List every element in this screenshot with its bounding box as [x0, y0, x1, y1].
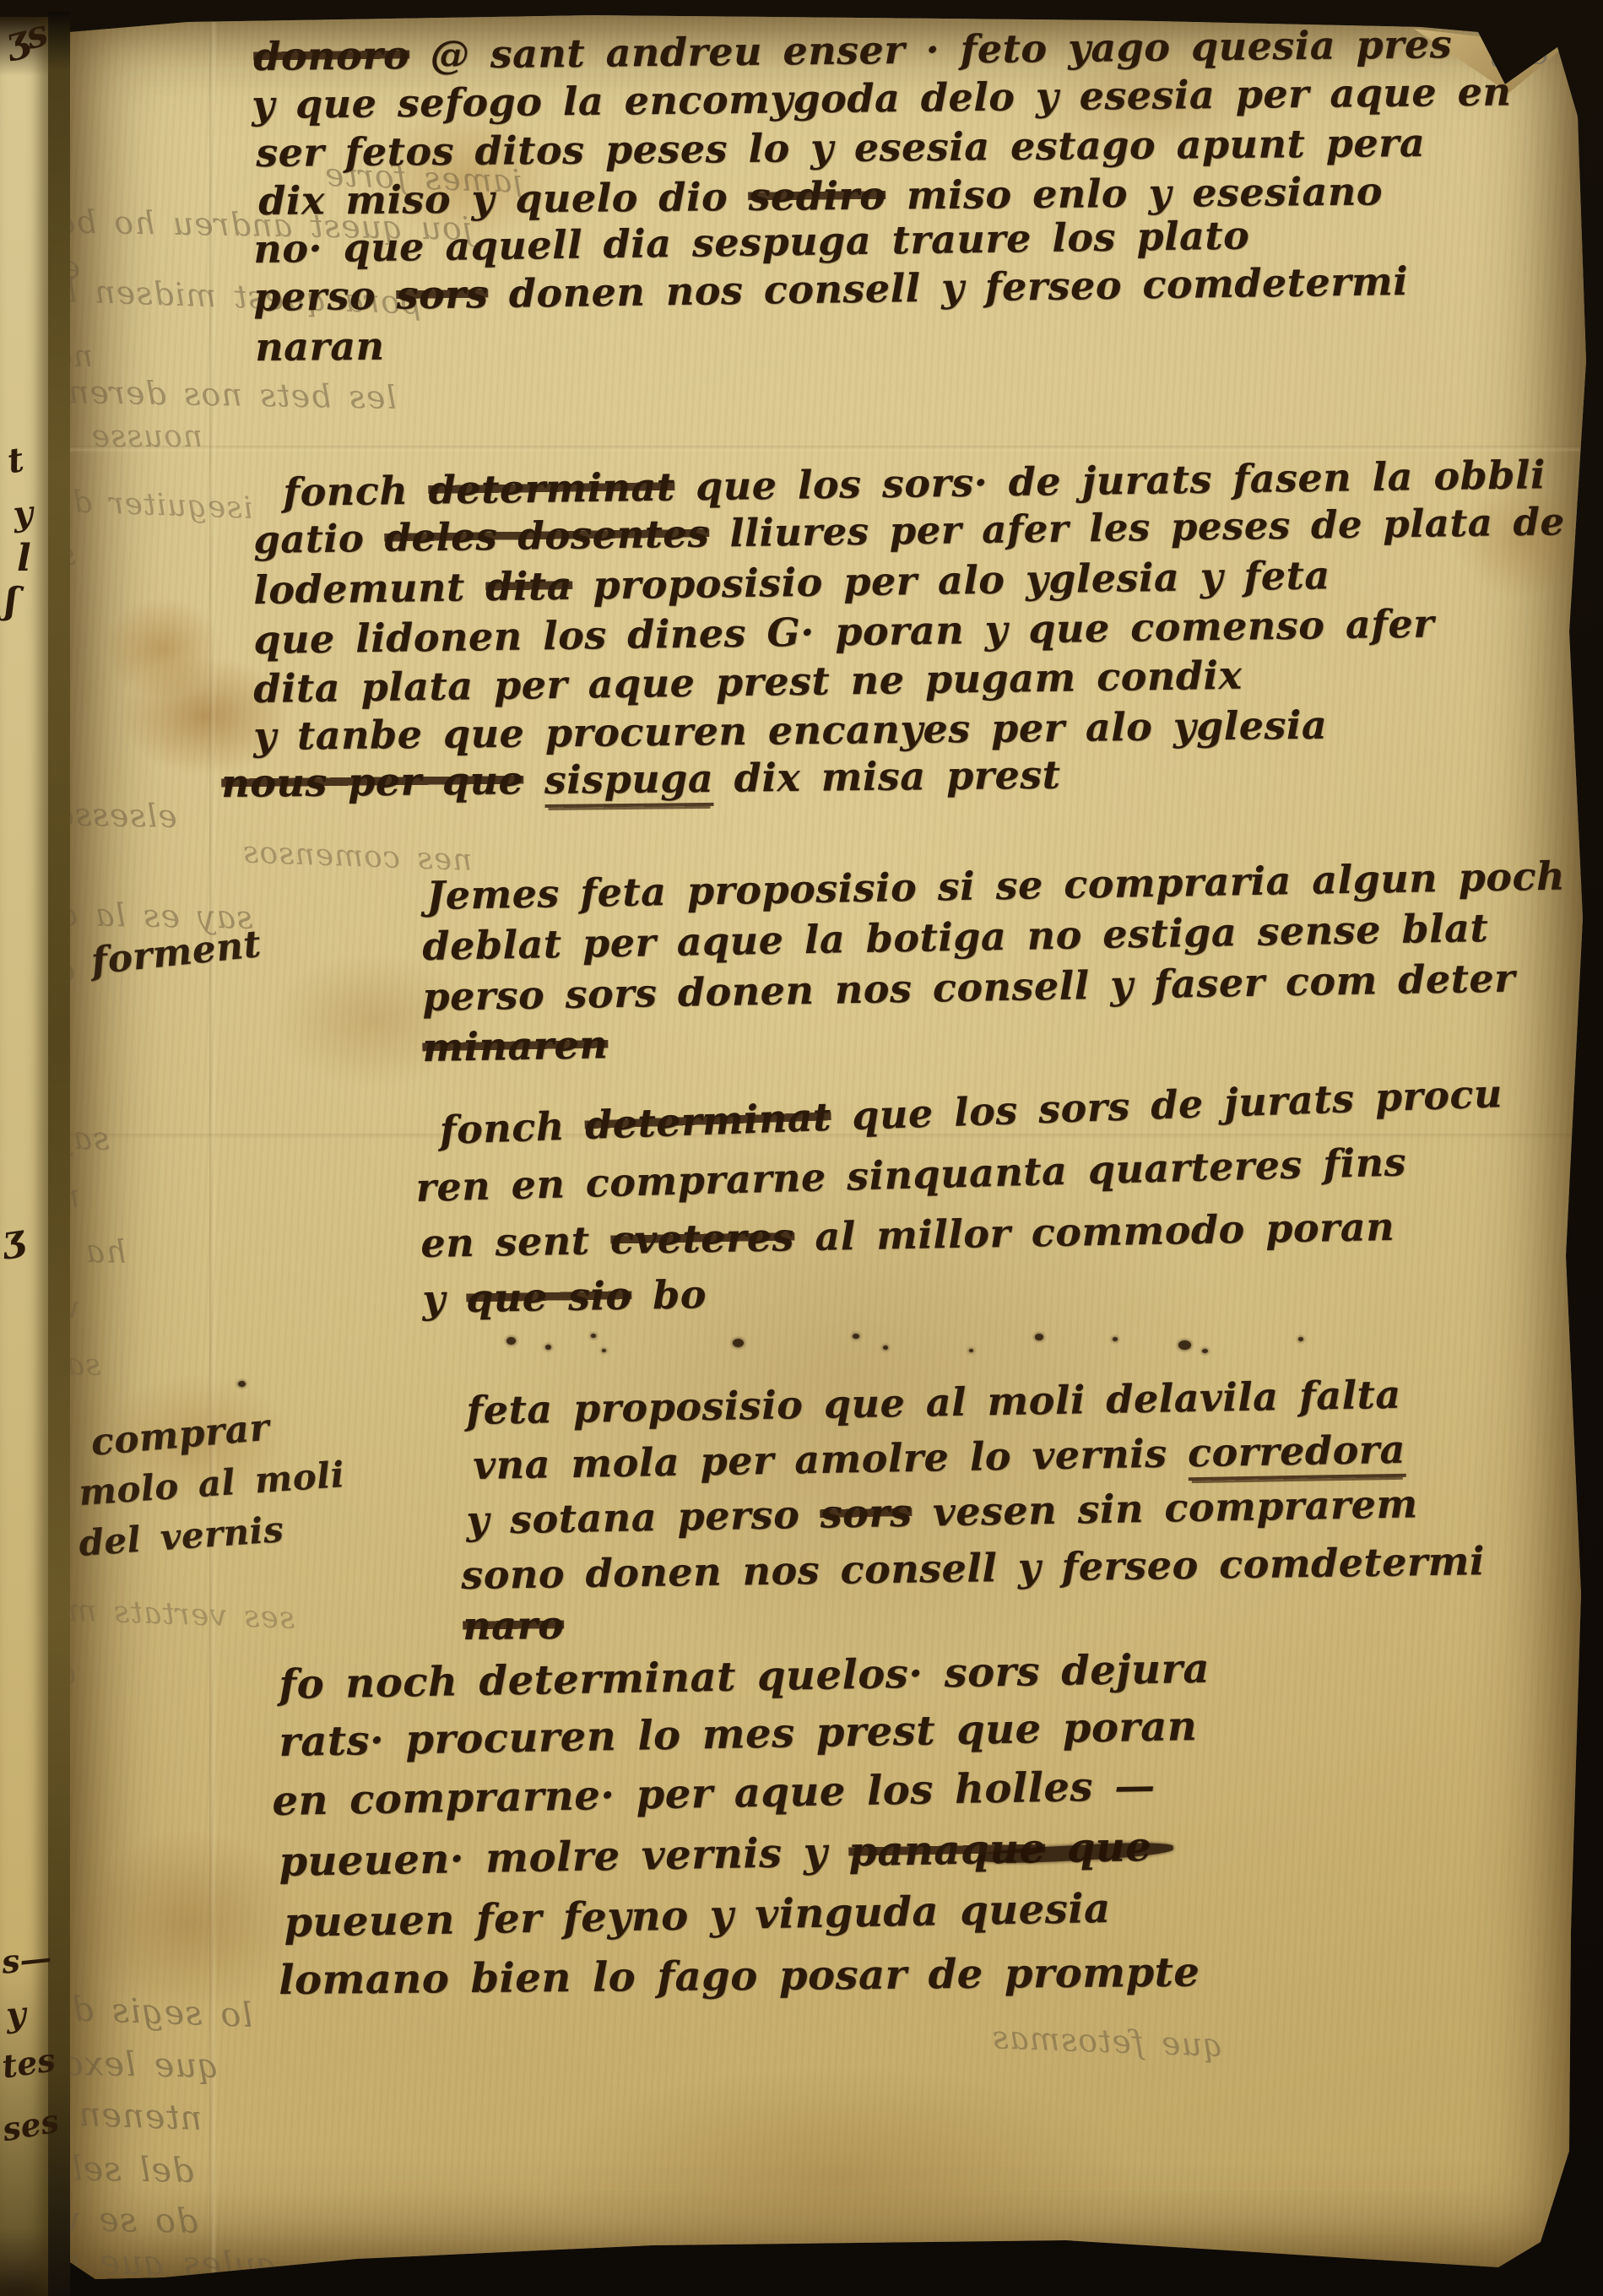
ink-blot — [1298, 1337, 1303, 1341]
text-line: gatio deles dosentes lliures per afer le… — [253, 502, 1565, 559]
text-line: lomano bien lo fago posar de prompte — [279, 1952, 1200, 2001]
margin-note: molo al moli — [78, 1457, 345, 1511]
text-line: no· que aquell dia sespuga traure los pl… — [253, 216, 1250, 268]
margin-note: forment — [89, 926, 263, 981]
text-line: en sent cveteres al millor commodo poran — [420, 1207, 1395, 1263]
ink-blot — [979, 1840, 1174, 1865]
ink-blot — [1178, 1340, 1191, 1350]
ink-blot — [1202, 1349, 1208, 1353]
margin-note: comprar — [89, 1410, 271, 1462]
folio-number: 613 — [1489, 36, 1554, 74]
text-line: y que sefogo la encomygoda delo y esesia… — [252, 72, 1512, 124]
text-line: feta proposisio que al moli delavila fal… — [466, 1375, 1401, 1430]
text-line: donoro @ sant andreu enser · feto yago q… — [253, 24, 1452, 76]
folded-corner — [1411, 19, 1564, 93]
ink-blot — [591, 1334, 596, 1338]
ink-blot — [238, 1381, 246, 1387]
show-through-line: nousse — [91, 422, 203, 452]
text-line: y que sio bo — [422, 1275, 707, 1319]
handwriting-layer: donoro @ sant andreu enser · feto yago q… — [70, 7, 1589, 2279]
text-line: fonch determinat que los sors de jurats … — [439, 1074, 1503, 1150]
text-line: naro — [463, 1606, 565, 1645]
text-line: perso sors donen nos consell y ferseo co… — [253, 262, 1408, 317]
text-line: dix miso y quelo dio sediro miso enlo y … — [258, 171, 1383, 220]
text-line: que lidonen los dines G· poran y que com… — [253, 604, 1434, 659]
margin-note: del vernis — [78, 1512, 284, 1562]
text-line: y sotana perso sors vesen sin comprarem — [466, 1484, 1418, 1540]
ink-blot — [1113, 1337, 1118, 1341]
text-line: nous per que sispuga dix misa prest — [221, 755, 1061, 803]
text-line: perso sors donen nos consell y faser com… — [422, 958, 1515, 1016]
ink-blot — [883, 1346, 888, 1350]
ink-blot — [853, 1334, 859, 1339]
text-line: en comprarne· per aque los holles — — [272, 1766, 1156, 1822]
ink-blot — [602, 1349, 606, 1352]
show-through-layer: james fortejou quest andreu ho baes coma… — [70, 7, 1589, 2279]
text-line: fonch determinat que los sors· de jurats… — [283, 455, 1546, 512]
text-line: minaren — [422, 1025, 609, 1067]
text-line: naran — [255, 327, 385, 366]
text-line: vna mola per amolre lo vernis corredora — [473, 1430, 1405, 1485]
text-line: deblat per aque la botiga no estiga sens… — [422, 908, 1488, 966]
show-through-line: que fetosmas — [991, 2021, 1224, 2061]
show-through-line: james forte — [323, 159, 523, 198]
text-line: dita plata per aque prest ne pugam condi… — [253, 656, 1243, 708]
text-line: ren en comprarne sinquanta quarteres fin… — [415, 1142, 1406, 1207]
manuscript-photo: 613 james fortejou quest andreu ho baes … — [0, 0, 1603, 2296]
text-line: lodemunt dita proposisio per alo yglesia… — [253, 555, 1330, 609]
text-line: ser fetos ditos peses lo y esesia estago… — [256, 123, 1425, 172]
text-line: sono donen nos consell y ferseo comdeter… — [461, 1541, 1485, 1595]
show-through-line: jou quest andreu ho ba — [55, 205, 473, 245]
ink-blot — [733, 1339, 744, 1347]
text-line: y tanbe que procuren encanyes per alo yg… — [253, 706, 1327, 755]
ink-blot — [969, 1349, 973, 1352]
manuscript-page: 613 james fortejou quest andreu ho baes … — [70, 7, 1589, 2279]
text-line: rats· procuren lo mes prest que poran — [279, 1706, 1198, 1763]
text-line: Jemes feta proposisio si se compraria al… — [426, 856, 1565, 915]
text-line: pueuen· molre vernis y panaque que — [279, 1827, 1152, 1882]
text-line: pueuen fer feyno y vinguda quesia — [284, 1888, 1111, 1943]
ink-blots-layer — [70, 7, 1589, 2279]
show-through-line: nes comensos — [241, 837, 473, 875]
ink-blot — [506, 1337, 516, 1345]
facing-page-edge — [0, 17, 48, 2296]
binding-gutter — [48, 12, 70, 2296]
text-line: fo noch determinat quelos· sors dejura — [279, 1649, 1210, 1705]
ink-blot — [1035, 1334, 1043, 1340]
ink-blot — [545, 1345, 551, 1350]
